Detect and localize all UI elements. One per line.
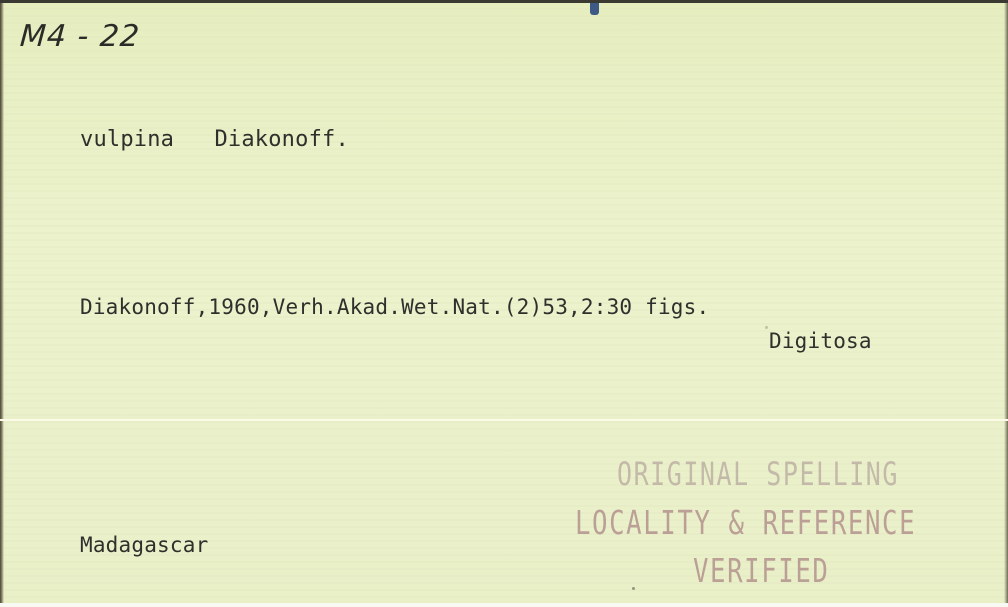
- verification-stamp-line-3: VERIFIED: [693, 551, 829, 590]
- verification-stamp-line-2: LOCALITY & REFERENCE: [575, 503, 916, 542]
- genus-name: Digitosa: [769, 329, 872, 353]
- clip-mark: [590, 3, 599, 15]
- card-left-edge: [0, 3, 4, 603]
- species-name: vulpina Diakonoff.: [80, 127, 349, 152]
- locality: Madagascar: [80, 533, 208, 557]
- scan-bottom-border: [0, 603, 1008, 607]
- handwritten-catalog-code: M4 - 22: [19, 19, 141, 54]
- card-crease-line: [0, 419, 1008, 421]
- bibliographic-reference: Diakonoff,1960,Verh.Akad.Wet.Nat.(2)53,2…: [80, 295, 709, 319]
- index-card: M4 - 22 vulpina Diakonoff. Diakonoff,196…: [0, 0, 1008, 603]
- ink-speck: [632, 587, 635, 590]
- ink-speck: [765, 326, 768, 329]
- verification-stamp-line-1: ORIGINAL SPELLING: [617, 455, 899, 493]
- card-right-edge: [1004, 3, 1008, 603]
